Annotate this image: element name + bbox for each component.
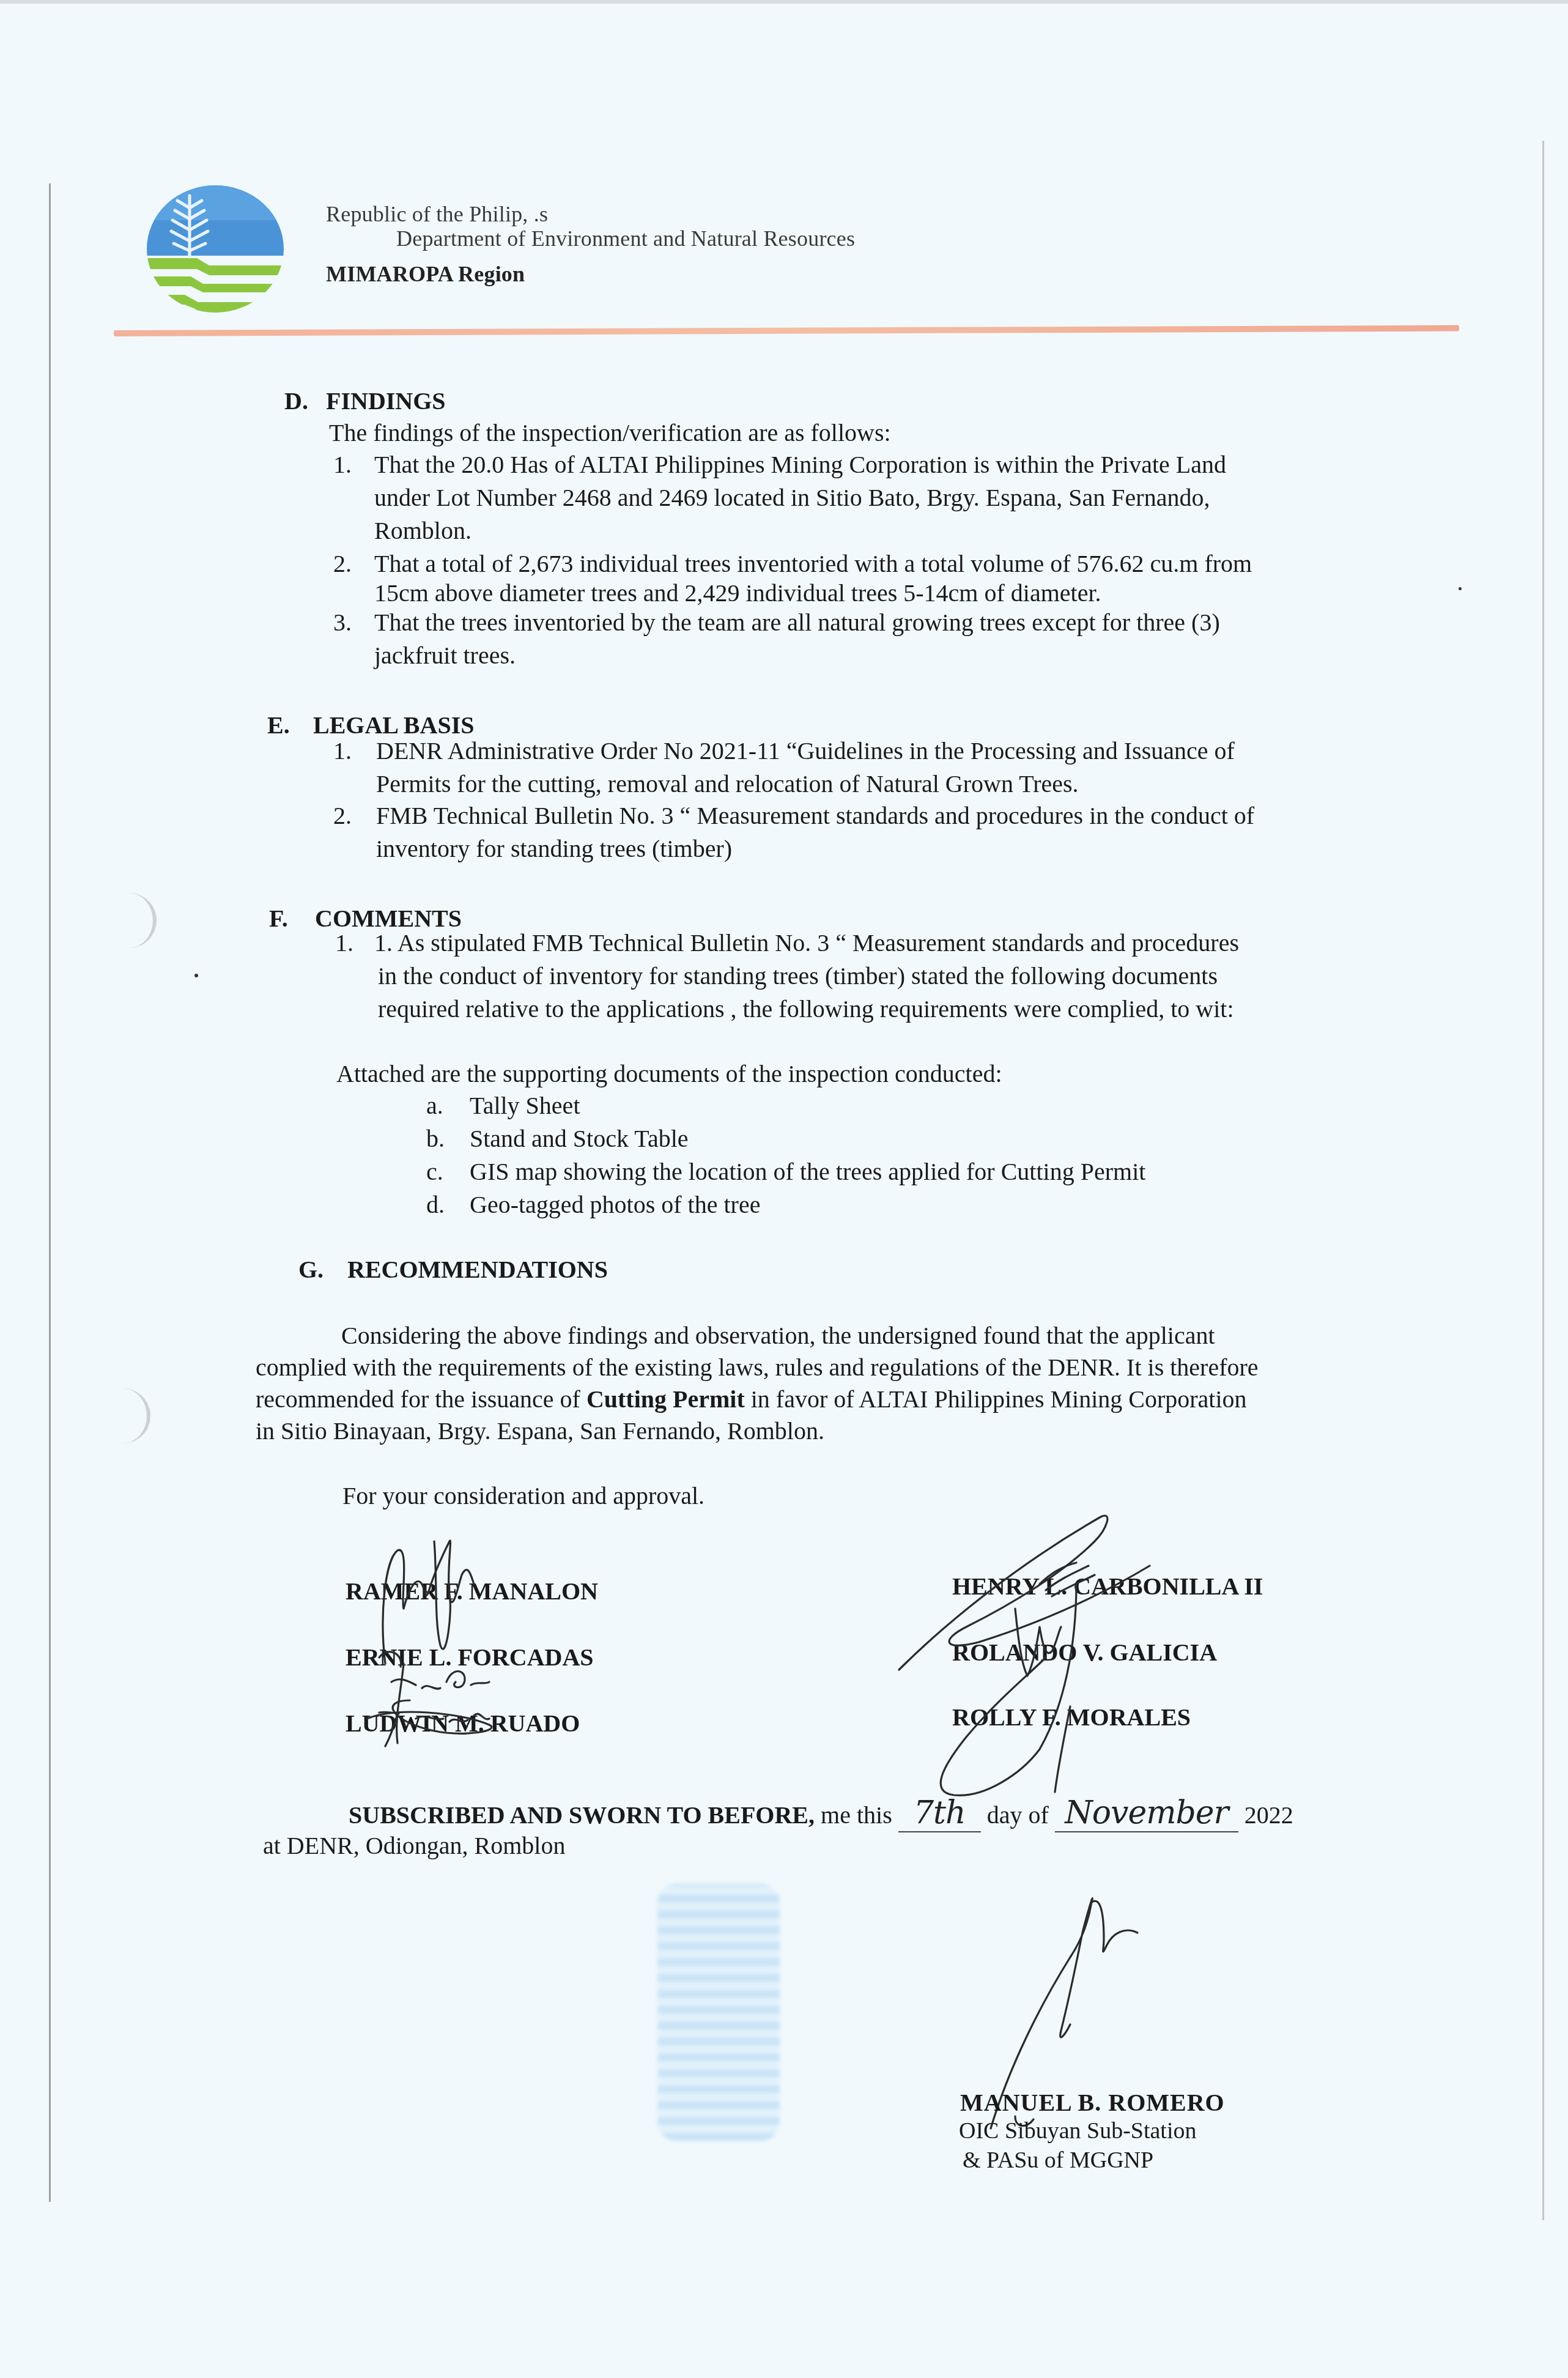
oath-line: SUBSCRIBED AND SWORN TO BEFORE, me this … bbox=[349, 1797, 1293, 1832]
legal-number: 1. bbox=[333, 735, 352, 767]
oath-text: day of bbox=[981, 1801, 1055, 1829]
attachment-item: Stand and Stock Table bbox=[470, 1123, 689, 1155]
finding-number: 3. bbox=[333, 607, 352, 639]
oath-subscribed: SUBSCRIBED AND SWORN TO BEFORE, bbox=[349, 1801, 815, 1829]
blue-ink-smudge bbox=[657, 1884, 780, 2141]
punch-hole-mark bbox=[110, 1388, 150, 1443]
section-f-letter: F. bbox=[269, 904, 288, 933]
oath-location: at DENR, Odiongan, Romblon bbox=[263, 1830, 565, 1862]
legal-line: inventory for standing trees (timber) bbox=[376, 833, 732, 865]
recommendation-line: Considering the above findings and obser… bbox=[341, 1320, 1215, 1352]
attachments-intro: Attached are the supporting documents of… bbox=[336, 1058, 1002, 1090]
finding-line: 15cm above diameter trees and 2,429 indi… bbox=[374, 577, 1101, 609]
signatory-name: LUDWIN M. RUADO bbox=[346, 1709, 580, 1738]
finding-number: 2. bbox=[333, 548, 352, 580]
finding-number: 1. bbox=[333, 449, 352, 481]
officer-name: MANUEL B. ROMERO bbox=[960, 2088, 1225, 2117]
signatory-name: HENRY L. CARBONILLA II bbox=[952, 1572, 1263, 1601]
legal-line: Permits for the cutting, removal and rel… bbox=[376, 768, 1079, 800]
comment-number: 1. bbox=[335, 927, 353, 959]
signatory-name: RAMER F. MANALON bbox=[346, 1577, 598, 1606]
comment-line: required relative to the applications , … bbox=[378, 993, 1234, 1025]
recommendation-line: in Sitio Binayaan, Brgy. Espana, San Fer… bbox=[256, 1415, 824, 1447]
header-region: MIMAROPA Region bbox=[326, 263, 525, 285]
oath-day-handwritten: 7th bbox=[914, 1795, 965, 1831]
attachment-letter: c. bbox=[426, 1156, 443, 1188]
oath-month-handwritten: November bbox=[1065, 1795, 1228, 1831]
officer-title: OIC Sibuyan Sub-Station bbox=[959, 2115, 1196, 2147]
oath-year: 2022 bbox=[1244, 1801, 1293, 1829]
recommendation-text: in favor of ALTAI Philippines Mining Cor… bbox=[745, 1385, 1247, 1413]
letterhead-rule bbox=[114, 325, 1459, 336]
attachment-letter: a. bbox=[426, 1090, 443, 1122]
section-g-heading: RECOMMENDATIONS bbox=[347, 1255, 608, 1284]
section-d-heading: FINDINGS bbox=[326, 387, 446, 415]
attachment-item: Tally Sheet bbox=[470, 1090, 580, 1122]
scan-top-edge bbox=[0, 0, 1568, 4]
oath-month-field: November bbox=[1055, 1797, 1238, 1832]
punch-hole-mark bbox=[116, 893, 157, 948]
attachment-item: GIS map showing the location of the tree… bbox=[470, 1156, 1145, 1188]
signatory-name: ERNIE L. FORCADAS bbox=[346, 1643, 594, 1672]
section-g-letter: G. bbox=[298, 1255, 324, 1284]
recommendation-line: recommended for the issuance of Cutting … bbox=[256, 1383, 1247, 1415]
header-department: Department of Environment and Natural Re… bbox=[396, 228, 855, 250]
recommendation-text: recommended for the issuance of bbox=[256, 1385, 586, 1413]
scan-speck bbox=[194, 974, 198, 977]
attachment-letter: d. bbox=[426, 1189, 445, 1221]
section-e-letter: E. bbox=[267, 711, 290, 739]
attachment-letter: b. bbox=[426, 1123, 445, 1155]
header-republic: Republic of the Philip, .s bbox=[326, 203, 548, 225]
comment-line: in the conduct of inventory for standing… bbox=[378, 960, 1218, 992]
finding-line: under Lot Number 2468 and 2469 located i… bbox=[374, 482, 1210, 514]
section-d-letter: D. bbox=[284, 387, 308, 415]
legal-line: DENR Administrative Order No 2021-11 “Gu… bbox=[376, 735, 1235, 767]
finding-line: jackfruit trees. bbox=[374, 640, 516, 672]
finding-line: That a total of 2,673 individual trees i… bbox=[374, 548, 1252, 580]
recommendation-line: complied with the requirements of the ex… bbox=[256, 1352, 1259, 1383]
scan-speck bbox=[1459, 587, 1462, 590]
attachment-item: Geo-tagged photos of the tree bbox=[470, 1189, 760, 1221]
finding-line: That the 20.0 Has of ALTAI Philippines M… bbox=[374, 449, 1226, 481]
signatory-name: ROLLY F. MORALES bbox=[952, 1703, 1191, 1732]
finding-line: That the trees inventoried by the team a… bbox=[374, 607, 1220, 639]
oath-text: me this bbox=[815, 1801, 898, 1829]
officer-title: & PASu of MGGNP bbox=[963, 2144, 1153, 2176]
legal-line: FMB Technical Bulletin No. 3 “ Measureme… bbox=[376, 800, 1254, 832]
closing-line: For your consideration and approval. bbox=[342, 1480, 704, 1512]
finding-line: Romblon. bbox=[374, 515, 472, 547]
findings-intro: The findings of the inspection/verificat… bbox=[329, 417, 891, 449]
scan-left-edge bbox=[49, 183, 51, 2202]
denr-logo-icon bbox=[142, 183, 289, 315]
signatory-name: ROLANDO V. GALICIA bbox=[952, 1638, 1217, 1667]
legal-number: 2. bbox=[333, 800, 352, 832]
scan-right-edge bbox=[1542, 141, 1544, 2220]
comment-line: 1. As stipulated FMB Technical Bulletin … bbox=[374, 927, 1239, 959]
cutting-permit-emphasis: Cutting Permit bbox=[586, 1385, 745, 1413]
oath-day-field: 7th bbox=[898, 1797, 981, 1832]
